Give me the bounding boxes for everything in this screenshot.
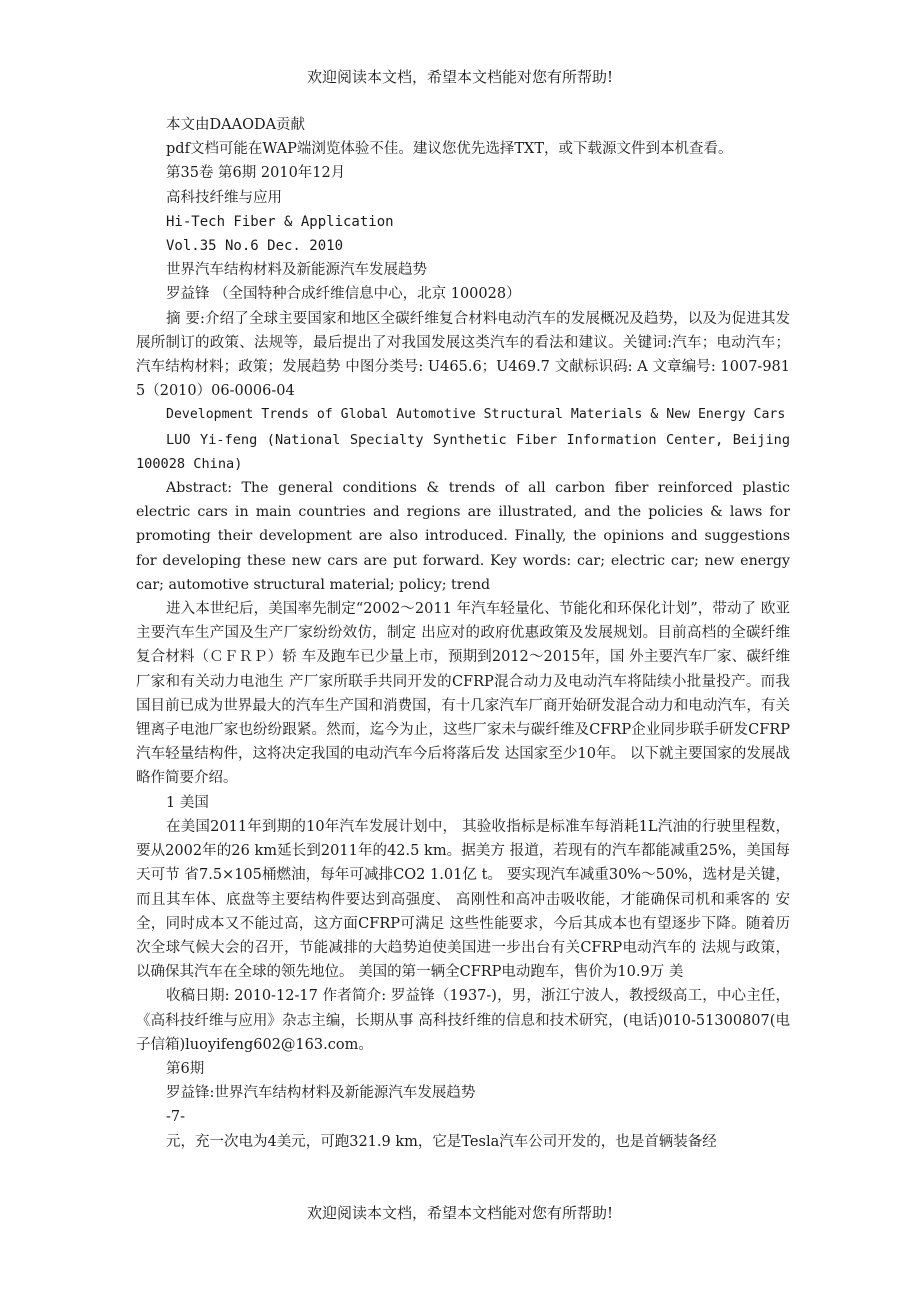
page-footer-banner: 欢迎阅读本文档，希望本文档能对您有所帮助! xyxy=(0,1203,920,1223)
author-note: 收稿日期: 2010-12-17 作者简介: 罗益锋（1937-)，男，浙江宁波… xyxy=(136,984,790,1057)
section-usa-paragraph: 在美国2011年到期的10年汽车发展计划中， 其验收指标是标准车每消耗1L汽油的… xyxy=(136,815,790,984)
document-body: 本文由DAAODA贡献 pdf文档可能在WAP端浏览体验不佳。建议您优先选择TX… xyxy=(136,113,790,1154)
issue-cn: 第35卷 第6期 2010年12月 xyxy=(136,161,790,185)
issue-en: Vol.35 No.6 Dec. 2010 xyxy=(136,234,790,258)
wap-notice: pdf文档可能在WAP端浏览体验不佳。建议您优先选择TXT，或下载源文件到本机查… xyxy=(136,137,790,161)
article-title-en: Development Trends of Global Automotive … xyxy=(136,403,790,427)
running-title: 罗益锋:世界汽车结构材料及新能源汽车发展趋势 xyxy=(136,1081,790,1105)
page-number: -7- xyxy=(136,1105,790,1129)
continuation-line: 元，充一次电为4美元，可跑321.9 km，它是Tesla汽车公司开发的，也是首… xyxy=(136,1130,790,1154)
contributor-line: 本文由DAAODA贡献 xyxy=(136,113,790,137)
abstract-en: Abstract: The general conditions & trend… xyxy=(136,476,790,597)
article-title-cn: 世界汽车结构材料及新能源汽车发展趋势 xyxy=(136,258,790,282)
page-header-banner: 欢迎阅读本文档，希望本文档能对您有所帮助! xyxy=(0,67,920,87)
section-heading-usa: 1 美国 xyxy=(136,791,790,815)
author-affiliation-cn: 罗益锋 （全国特种合成纤维信息中心，北京 100028） xyxy=(136,282,790,306)
journal-name-en: Hi-Tech Fiber & Application xyxy=(136,210,790,234)
abstract-cn: 摘 要:介绍了全球主要国家和地区全碳纤维复合材料电动汽车的发展概况及趋势，以及为… xyxy=(136,307,790,404)
author-affiliation-en: LUO Yi-feng (National Specialty Syntheti… xyxy=(136,428,790,476)
journal-name-cn: 高科技纤维与应用 xyxy=(136,186,790,210)
running-issue: 第6期 xyxy=(136,1057,790,1081)
intro-paragraph: 进入本世纪后，美国率先制定“2002～2011 年汽车轻量化、节能化和环保化计划… xyxy=(136,597,790,791)
